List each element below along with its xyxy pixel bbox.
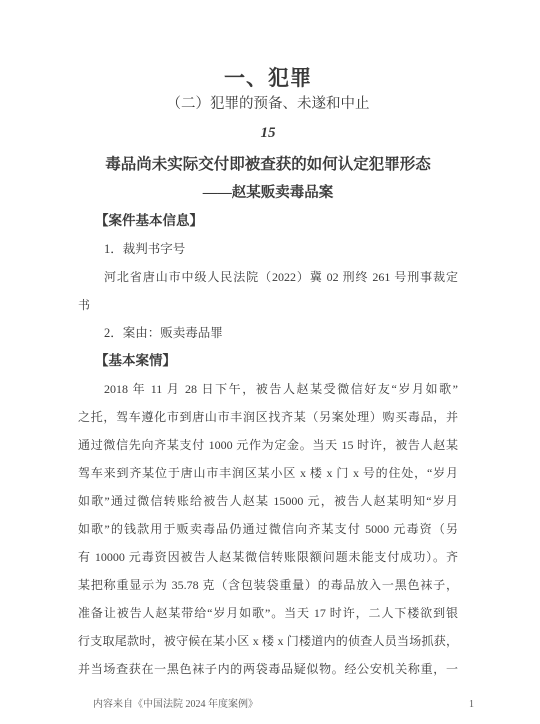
page-footer: 内容来自《中国法院 2024 年度案例》 1 — [93, 699, 474, 711]
paragraph-line: 河北省唐山市中级人民法院（2022）冀 02 刑终 261 号刑事裁定 — [78, 263, 458, 291]
paragraph-line: 有 10000 元毒资因被告人赵某微信转账限额问题未能支付成功）。齐 — [78, 543, 458, 571]
item-cause-of-action: 2．案由：贩卖毒品罪 — [78, 319, 458, 347]
paragraph-line: 行支取尾款时，被守候在某小区 x 楼 x 门楼道内的侦查人员当场抓获， — [78, 627, 458, 655]
paragraph-line: 通过微信先向齐某支付 1000 元作为定金。当天 15 时许，被告人赵某 — [78, 431, 458, 459]
document-content: 一、犯罪 （二）犯罪的预备、未遂和中止 15 毒品尚未实际交付即被查获的如何认定… — [78, 0, 458, 683]
case-title: 毒品尚未实际交付即被查获的如何认定犯罪形态 — [78, 150, 458, 180]
section-heading-case-info: 【案件基本信息】 — [78, 207, 458, 235]
item-judgment-document-number-value: 河北省唐山市中级人民法院（2022）冀 02 刑终 261 号刑事裁定书 — [78, 263, 458, 319]
chapter-section-subtitle: （二）犯罪的预备、未遂和中止 — [78, 92, 458, 117]
paragraph-line: 某把称重显示为 35.78 克（含包装袋重量）的毒品放入一黑色袜子， — [78, 571, 458, 599]
paragraph-line: 如歌”的钱款用于贩卖毒品仍通过微信向齐某支付 5000 元毒资（另 — [78, 515, 458, 543]
chapter-title: 一、犯罪 — [78, 0, 458, 92]
paragraph-line: 并当场查获在一黑色袜子内的两袋毒品疑似物。经公安机关称重，一 — [78, 655, 458, 683]
paragraph-line: 如歌”通过微信转账给被告人赵某 15000 元，被告人赵某明知“岁月 — [78, 487, 458, 515]
section-heading-basic-facts: 【基本案情】 — [78, 347, 458, 375]
basic-facts-paragraph: 2018 年 11 月 28 日下午，被告人赵某受微信好友“岁月如歌”之托，驾车… — [78, 375, 458, 683]
paragraph-line: 之托，驾车遵化市到唐山市丰润区找齐某（另案处理）购买毒品，并 — [78, 403, 458, 431]
paragraph-line: 驾车来到齐某位于唐山市丰润区某小区 x 楼 x 门 x 号的住处，“岁月 — [78, 459, 458, 487]
case-subtitle: ——赵某贩卖毒品案 — [78, 180, 458, 207]
paragraph-line: 2018 年 11 月 28 日下午，被告人赵某受微信好友“岁月如歌” — [78, 375, 458, 403]
footer-source-text: 内容来自《中国法院 2024 年度案例》 — [93, 699, 258, 711]
document-page: 一、犯罪 （二）犯罪的预备、未遂和中止 15 毒品尚未实际交付即被查获的如何认定… — [0, 0, 540, 724]
paragraph-line: 准备让被告人赵某带给“岁月如歌”。当天 17 时许，二人下楼欲到银 — [78, 599, 458, 627]
item-judgment-document-number-label: 1．裁判书字号 — [78, 235, 458, 263]
page-number: 1 — [469, 699, 474, 711]
case-number: 15 — [78, 117, 458, 150]
paragraph-line: 书 — [78, 291, 458, 319]
